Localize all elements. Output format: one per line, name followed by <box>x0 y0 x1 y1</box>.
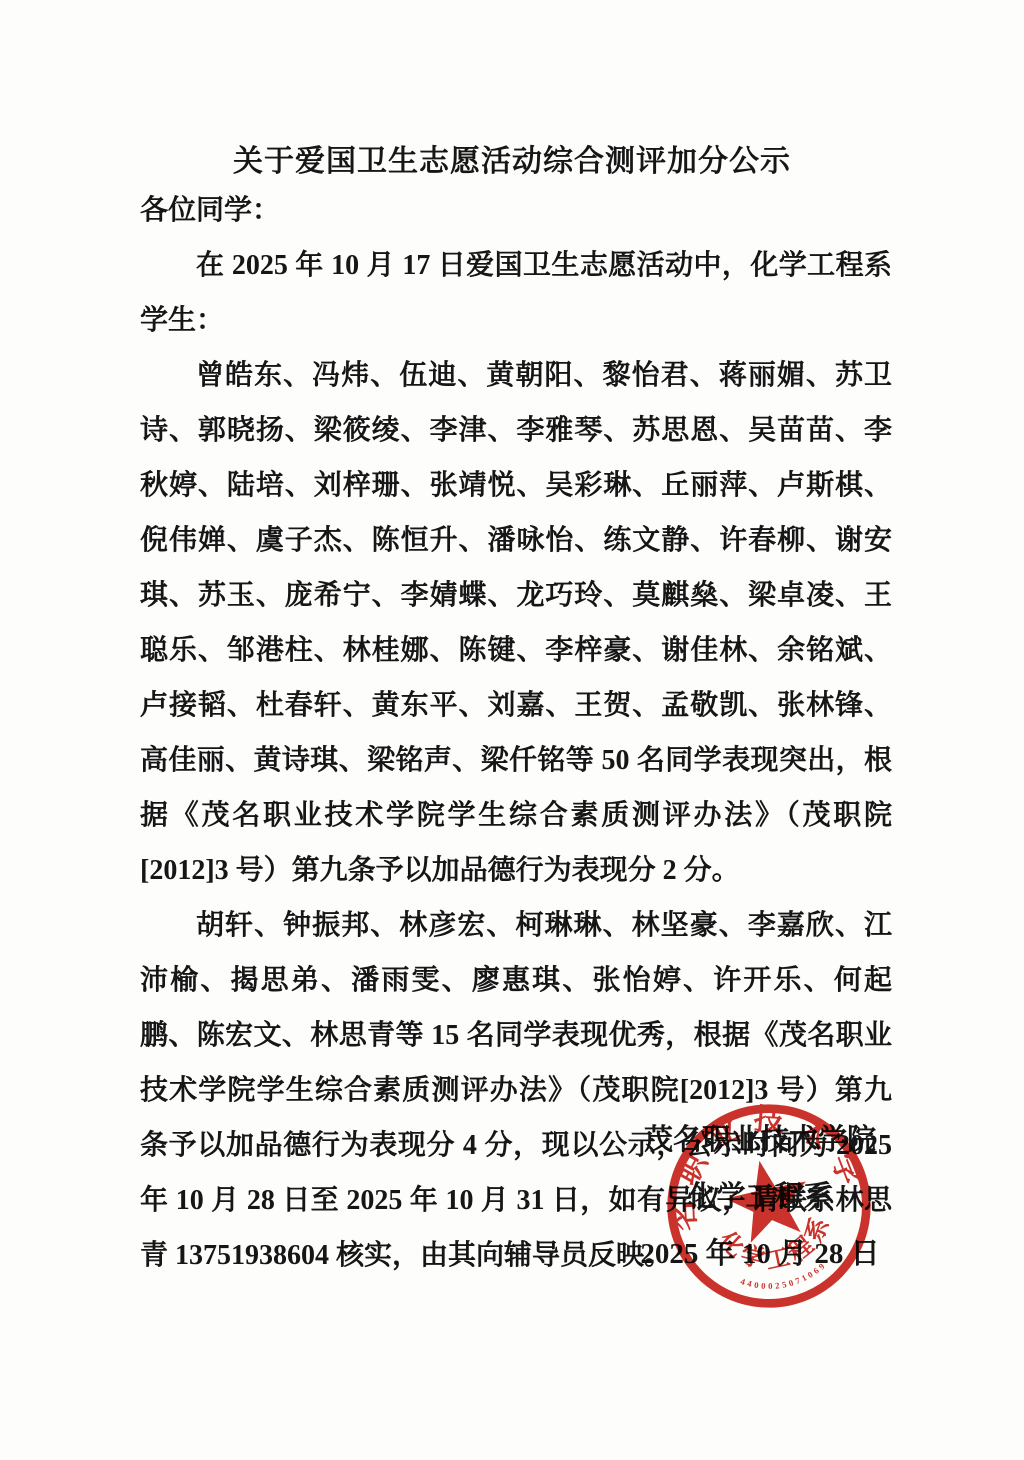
official-seal-stamp: 茂名职业技术学院 化学工程系 4400025071069 <box>643 1080 894 1331</box>
salutation: 各位同学： <box>140 183 892 238</box>
seal-graphic: 茂名职业技术学院 化学工程系 4400025071069 <box>643 1080 894 1331</box>
paragraph-merit-2-points: 曾皓东、冯炜、伍迪、黄朝阳、黎怡君、蒋丽媚、苏卫诗、郭晓扬、梁筱绫、李津、李雅琴… <box>140 348 892 898</box>
paragraph-intro: 在 2025 年 10 月 17 日爱国卫生志愿活动中，化学工程系学生： <box>140 238 892 348</box>
document-page: 关于爱国卫生志愿活动综合测评加分公示 各位同学： 在 2025 年 10 月 1… <box>0 0 1024 1460</box>
document-title: 关于爱国卫生志愿活动综合测评加分公示 <box>0 136 1024 180</box>
